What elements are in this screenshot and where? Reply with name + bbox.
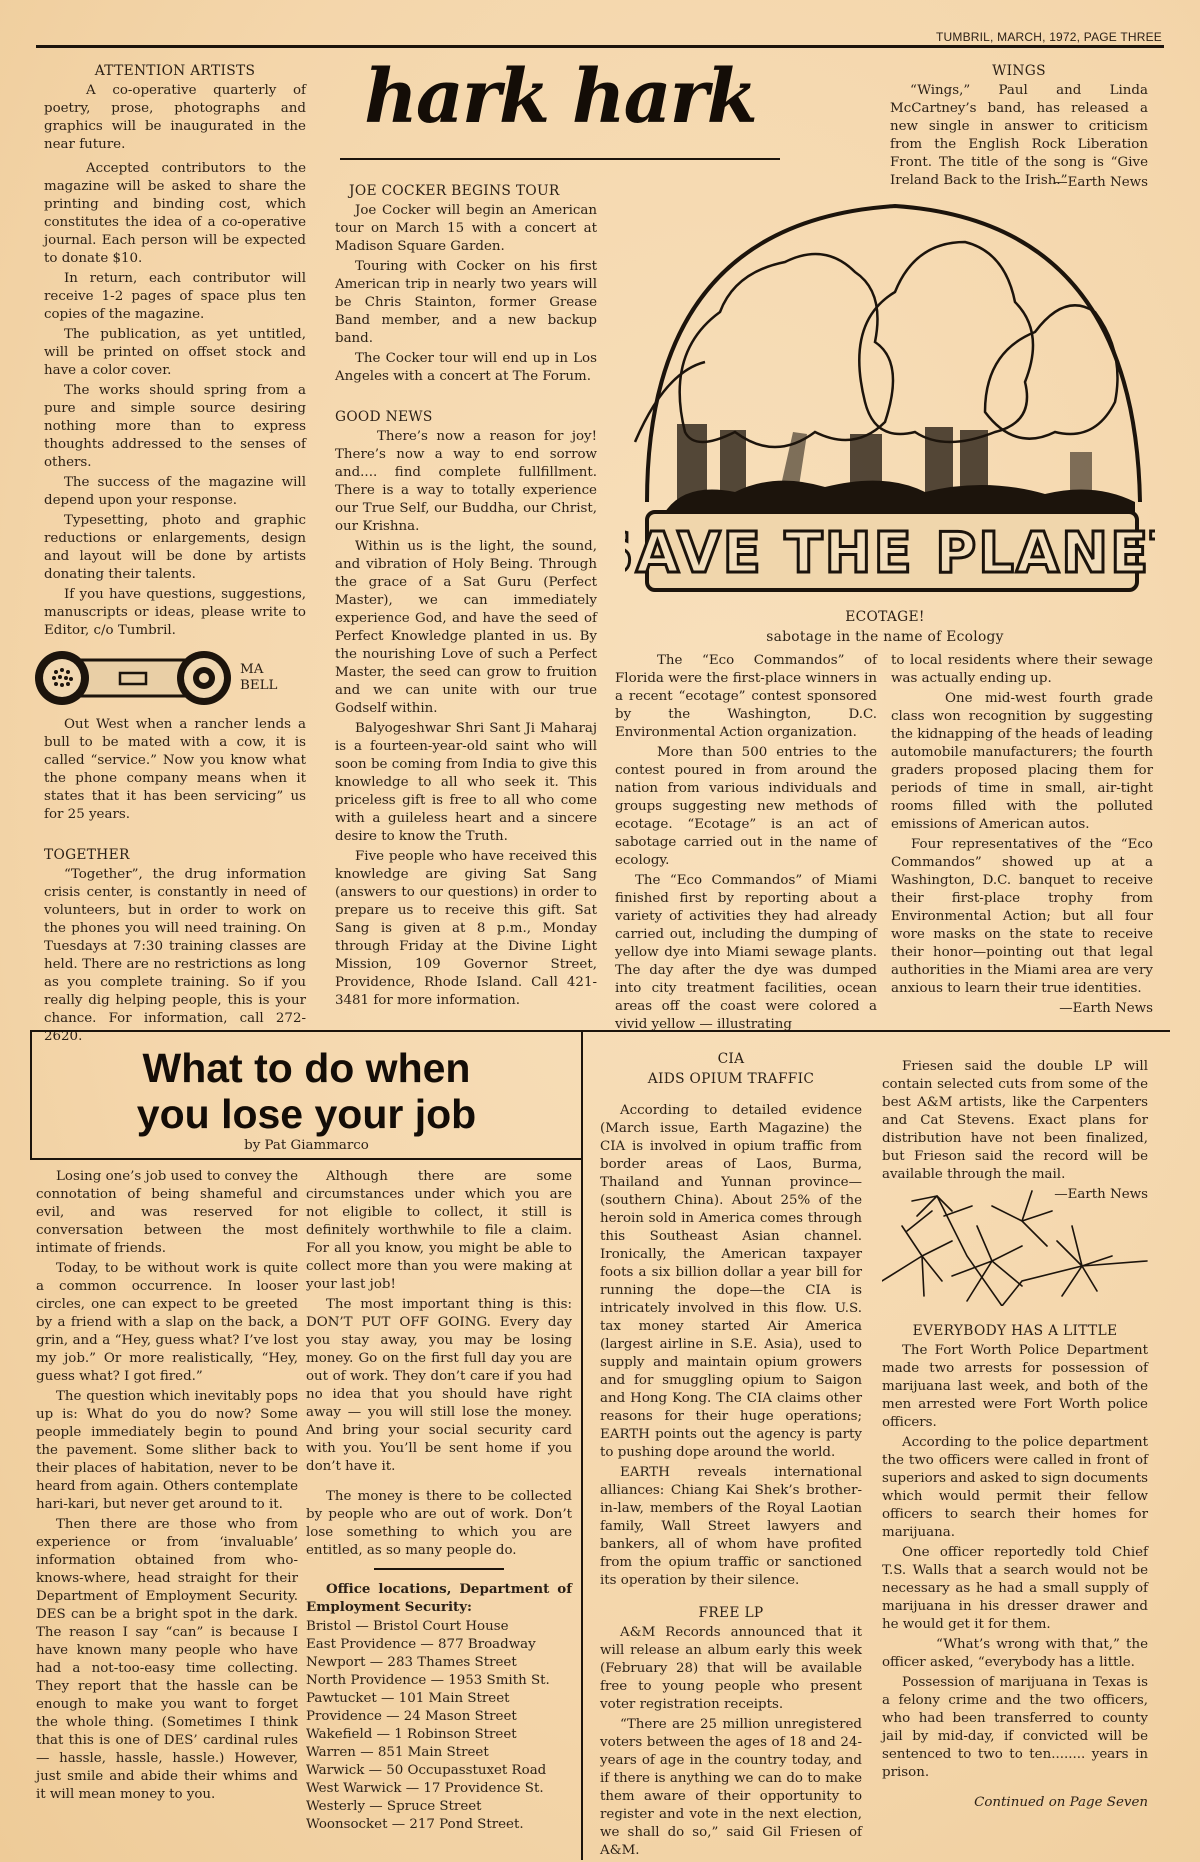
office-item: Westerly — Spruce Street: [306, 1798, 572, 1816]
save-the-planet-illustration: SAVE THE PLANET: [625, 202, 1155, 602]
column-left: ATTENTION ARTISTS A co-operative quarter…: [44, 62, 306, 1048]
office-item: Warwick — 50 Occupasstuxet Road: [306, 1762, 572, 1780]
wings-heading: WINGS: [890, 62, 1148, 80]
article-paragraph: Then there are those who from experience…: [36, 1516, 298, 1804]
office-item: Bristol — Bristol Court House: [306, 1618, 572, 1636]
article-paragraph: The “Eco Commandos” of Miami finished fi…: [615, 872, 877, 1034]
article-paragraph: Today, to be without work is quite a com…: [36, 1260, 298, 1386]
masthead-title: hark hark: [340, 55, 780, 139]
ecotage-column-2: to local residents where their sewage wa…: [891, 652, 1153, 1036]
offices-list: Bristol — Bristol Court House East Provi…: [306, 1618, 572, 1834]
together-paragraph: “Together”, the drug information crisis …: [44, 866, 306, 1046]
article-paragraph: One mid-west fourth grade class won reco…: [891, 690, 1153, 834]
ma-bell-label: MA BELL: [240, 662, 277, 694]
article-paragraph: Losing one’s job used to convey the conn…: [36, 1168, 298, 1258]
column-rule: [581, 1160, 583, 1860]
article-paragraph: “What’s wrong with that,” the officer as…: [882, 1636, 1148, 1672]
office-item: Woonsocket — 217 Pond Street.: [306, 1816, 572, 1834]
ecotage-source: —Earth News: [891, 1000, 1153, 1018]
office-item: Providence — 24 Mason Street: [306, 1708, 572, 1726]
article-paragraph: The works should spring from a pure and …: [44, 382, 306, 472]
article-paragraph: According to the police department the t…: [882, 1434, 1148, 1542]
article-paragraph: Joe Cocker will begin an American tour o…: [335, 202, 597, 256]
article-paragraph: Balyogeshwar Shri Sant Ji Maharaj is a f…: [335, 720, 597, 846]
together-heading: TOGETHER: [44, 846, 306, 864]
column-center: JOE COCKER BEGINS TOUR Joe Cocker will b…: [335, 182, 597, 1012]
cia-article: CIA AIDS OPIUM TRAFFIC According to deta…: [600, 1050, 862, 1862]
continued-link[interactable]: Continued on Page Seven: [882, 1794, 1148, 1812]
lose-job-byline: by Pat Giammarco: [30, 1138, 583, 1153]
article-paragraph: The most important thing is this: DON’T …: [306, 1296, 572, 1476]
ecotage-subheading: sabotage in the name of Ecology: [615, 628, 1155, 646]
article-paragraph: The Cocker tour will end up in Los Angel…: [335, 350, 597, 386]
article-paragraph: Within us is the light, the sound, and v…: [335, 538, 597, 718]
ma-bell-block: MA BELL: [28, 646, 306, 710]
lose-job-title: What to do when you lose your job: [30, 1045, 583, 1137]
ma-bell-paragraph: Out West when a rancher lends a bull to …: [44, 716, 306, 824]
article-paragraph: Typesetting, photo and graphic reduction…: [44, 512, 306, 584]
office-item: North Providence — 1953 Smith St.: [306, 1672, 572, 1690]
wings-article: WINGS “Wings,” Paul and Linda McCartney’…: [890, 62, 1148, 192]
article-paragraph: According to detailed evidence (March is…: [600, 1102, 862, 1462]
column-right-bottom: Friesen said the double LP will contain …: [882, 1058, 1148, 1812]
article-paragraph: The publication, as yet untitled, will b…: [44, 326, 306, 380]
article-paragraph: The success of the magazine will depend …: [44, 474, 306, 510]
office-item: East Providence — 877 Broadway: [306, 1636, 572, 1654]
newspaper-page: TUMBRIL, MARCH, 1972, PAGE THREE hark ha…: [0, 0, 1200, 1862]
office-item: Warren — 851 Main Street: [306, 1744, 572, 1762]
cia-heading-line2: AIDS OPIUM TRAFFIC: [600, 1070, 862, 1088]
short-divider: [374, 1568, 504, 1570]
article-paragraph: Five people who have received this knowl…: [335, 848, 597, 1010]
top-rule: [36, 45, 1164, 48]
attention-artists-heading: ATTENTION ARTISTS: [44, 62, 306, 80]
cia-heading-line1: CIA: [600, 1050, 862, 1068]
save-the-planet-text: SAVE THE PLANET: [625, 521, 1155, 586]
article-paragraph: There’s now a reason for joy! There’s no…: [335, 428, 597, 536]
article-paragraph: If you have questions, suggestions, manu…: [44, 586, 306, 640]
masthead-rule: [340, 158, 780, 160]
free-lp-heading: FREE LP: [600, 1604, 862, 1622]
everybody-heading: EVERYBODY HAS A LITTLE: [882, 1322, 1148, 1340]
article-paragraph: The question which inevitably pops up is…: [36, 1388, 298, 1514]
article-paragraph: “There are 25 million unregistered voter…: [600, 1716, 862, 1860]
marijuana-leaf-illustration: [882, 1186, 1148, 1306]
article-paragraph: In return, each contributor will receive…: [44, 270, 306, 324]
lose-job-column-1: Losing one’s job used to convey the conn…: [36, 1168, 298, 1806]
article-paragraph: Four representatives of the “Eco Command…: [891, 836, 1153, 998]
article-paragraph: Although there are some circumstances un…: [306, 1168, 572, 1294]
article-paragraph: A co-operative quarterly of poetry, pros…: [44, 82, 306, 154]
telephone-handset-icon: [28, 646, 236, 710]
office-item: West Warwick — 17 Providence St.: [306, 1780, 572, 1798]
ecotage-article: ECOTAGE! sabotage in the name of Ecology…: [615, 608, 1155, 1036]
article-paragraph: A&M Records announced that it will relea…: [600, 1624, 862, 1714]
office-item: Pawtucket — 101 Main Street: [306, 1690, 572, 1708]
article-paragraph: to local residents where their sewage wa…: [891, 652, 1153, 688]
good-news-heading: GOOD NEWS: [335, 408, 597, 426]
article-paragraph: Touring with Cocker on his first America…: [335, 258, 597, 348]
article-paragraph: Possession of marijuana in Texas is a fe…: [882, 1674, 1148, 1782]
article-paragraph: The “Eco Commandos” of Florida were the …: [615, 652, 877, 742]
office-item: Newport — 283 Thames Street: [306, 1654, 572, 1672]
page-folio: TUMBRIL, MARCH, 1972, PAGE THREE: [936, 30, 1162, 44]
lose-job-column-2: Although there are some circumstances un…: [306, 1168, 572, 1834]
office-item: Wakefield — 1 Robinson Street: [306, 1726, 572, 1744]
article-paragraph: The money is there to be collected by pe…: [306, 1488, 572, 1560]
article-paragraph: The Fort Worth Police Department made tw…: [882, 1342, 1148, 1432]
offices-heading: Office locations, Department of Employme…: [306, 1580, 572, 1616]
ecotage-heading: ECOTAGE!: [615, 608, 1155, 626]
article-paragraph: One officer reportedly told Chief T.S. W…: [882, 1544, 1148, 1634]
article-paragraph: EARTH reveals international alliances: C…: [600, 1464, 862, 1590]
joe-cocker-heading: JOE COCKER BEGINS TOUR: [335, 182, 597, 200]
ecotage-column-1: The “Eco Commandos” of Florida were the …: [615, 652, 877, 1036]
article-paragraph: More than 500 entries to the contest pou…: [615, 744, 877, 870]
article-paragraph: Friesen said the double LP will contain …: [882, 1058, 1148, 1184]
article-paragraph: Accepted contributors to the magazine wi…: [44, 160, 306, 268]
